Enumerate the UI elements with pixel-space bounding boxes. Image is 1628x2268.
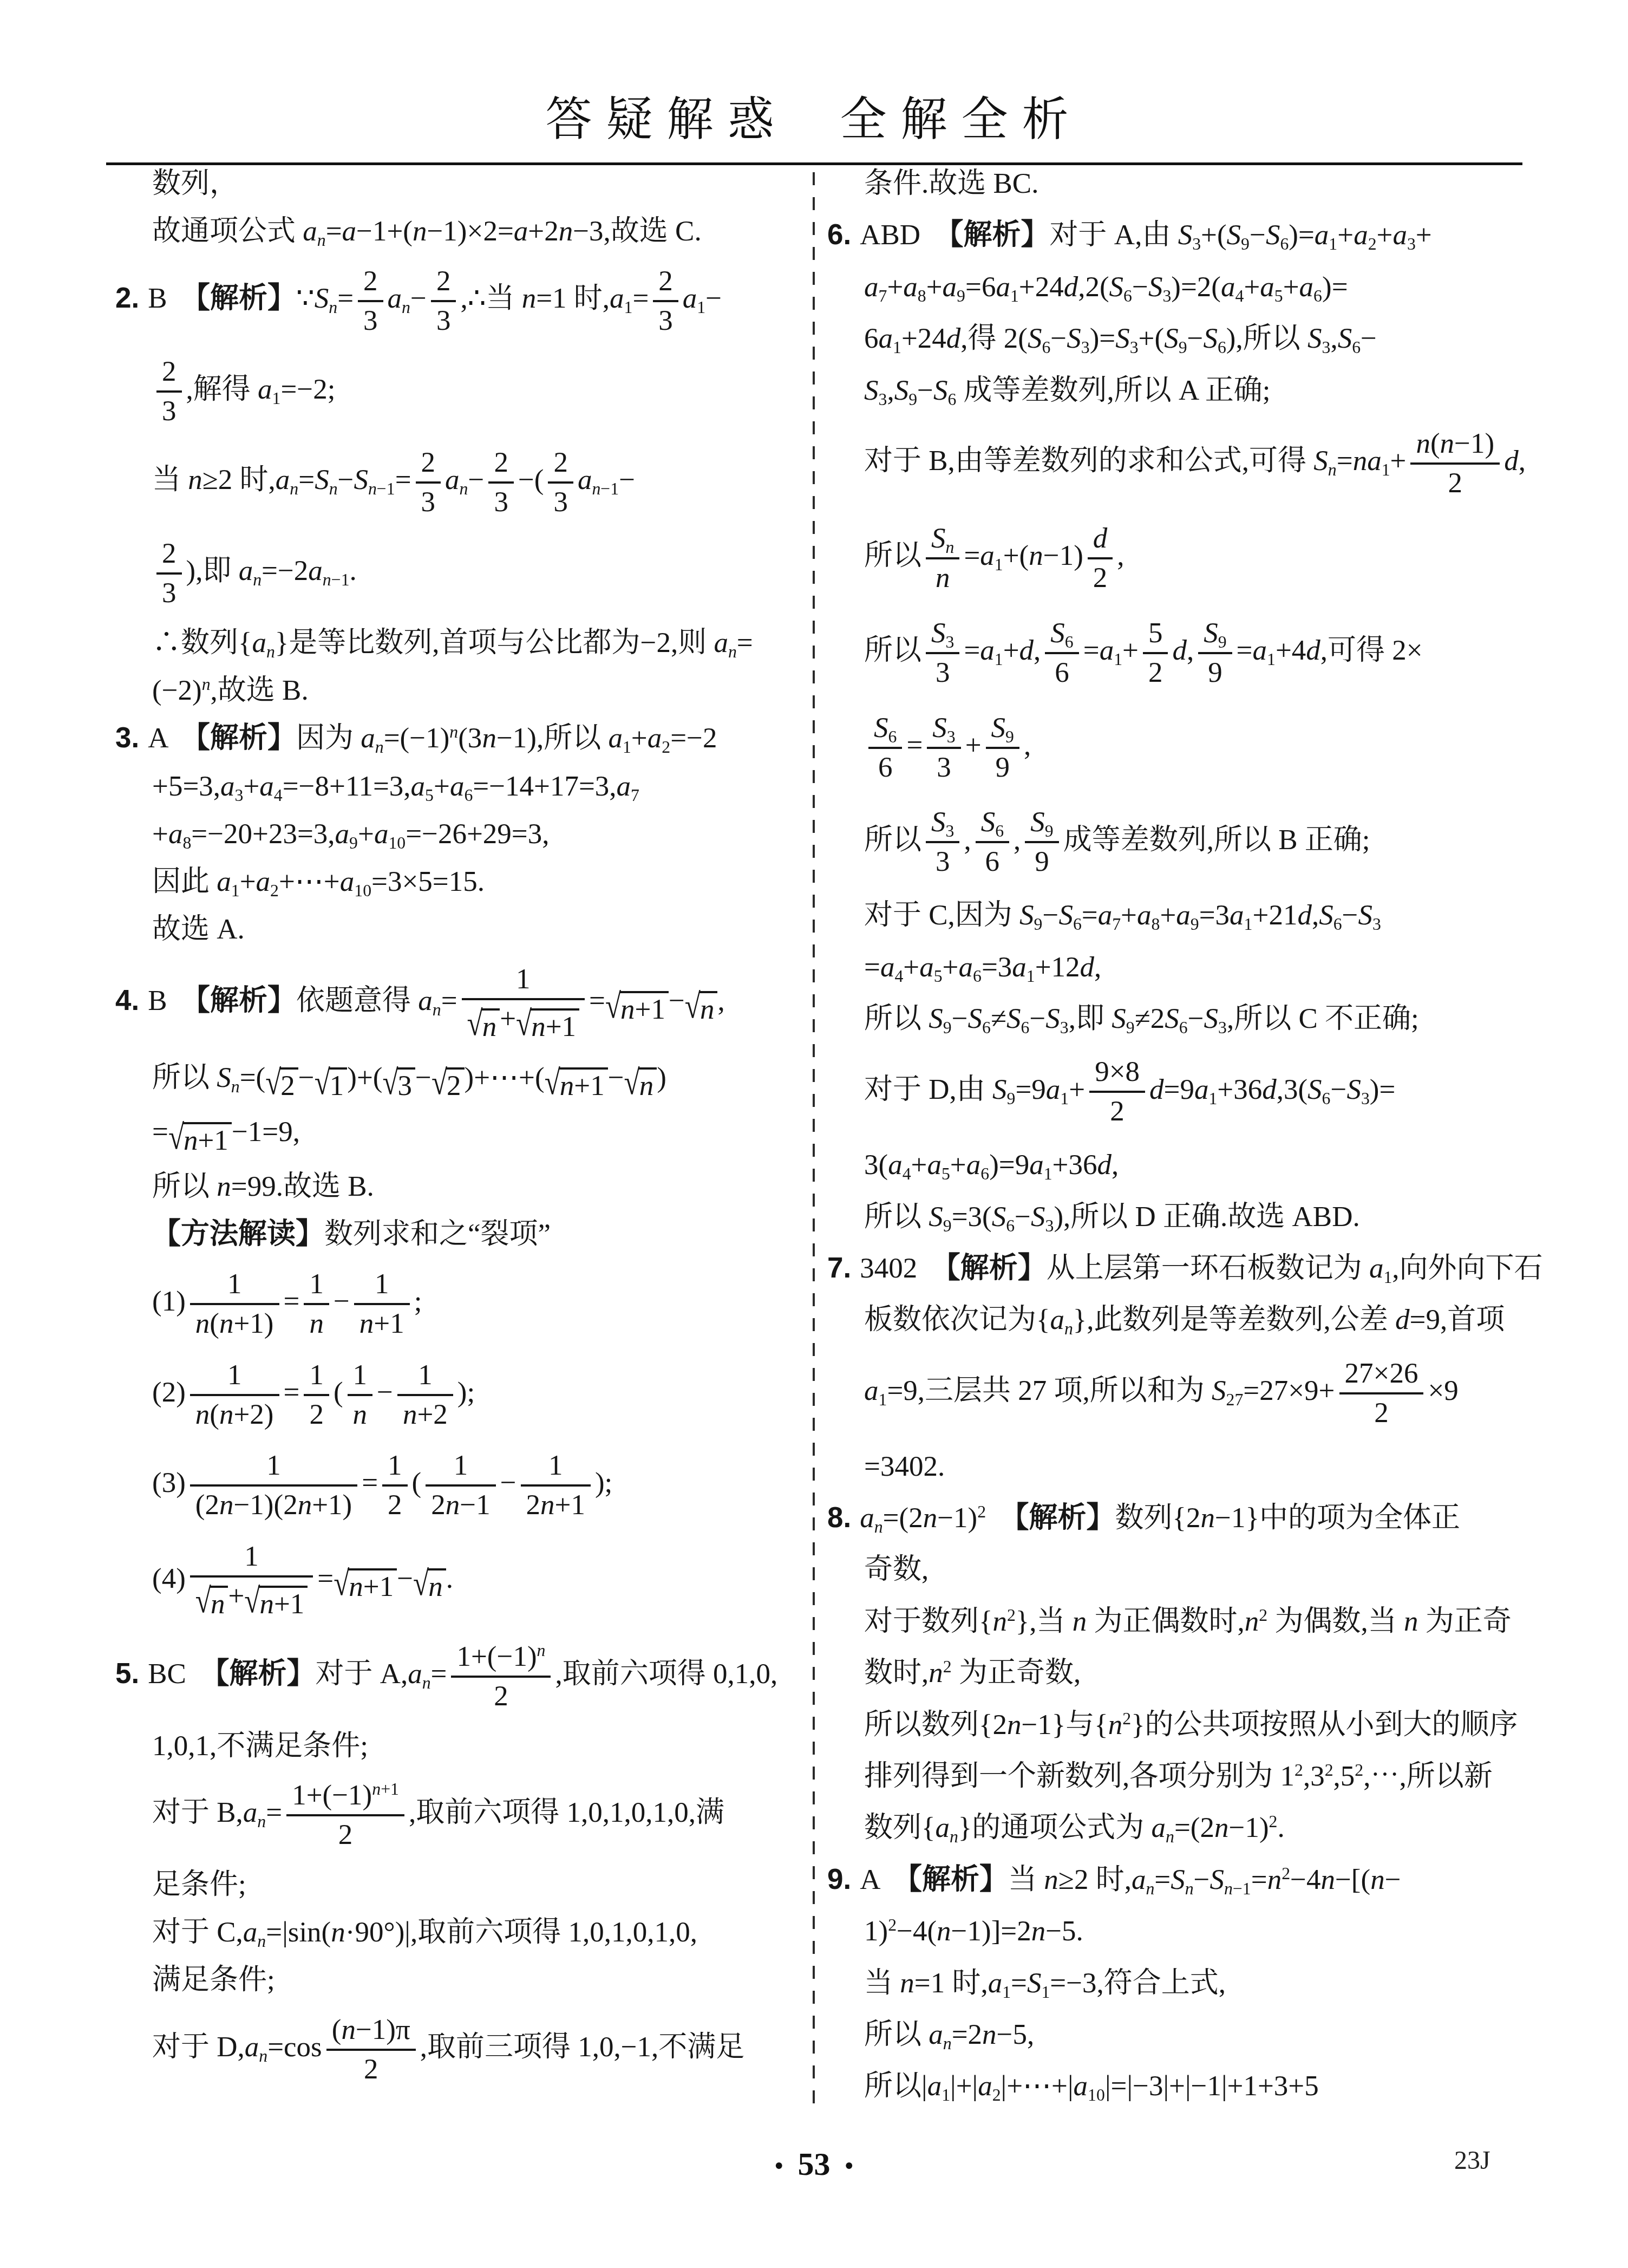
solution-line: =√n+1−1=9, [115, 1115, 795, 1156]
line-content: 足条件; [152, 1869, 246, 1900]
question-number: 8. [827, 1502, 851, 1534]
line-content: 数列{an}的通项公式为 an=(2n−1)2. [864, 1812, 1285, 1843]
line-content: 1)2−4(n−1)]=2n−5. [864, 1915, 1083, 1947]
line-content: 排列得到一个新数列,各项分别为 12,32,52,⋯,所以新 [864, 1761, 1493, 1792]
line-content: +a8=−20+23=3,a9+a10=−26+29=3, [152, 818, 550, 850]
line-content: 23),即 an=−2an−1. [152, 555, 357, 586]
line-content: ABD 【解析】对于 A,由 S3+(S9−S6)=a1+a2+a3+ [860, 219, 1432, 251]
solution-line: 3.A 【解析】因为 an=(−1)n(3n−1),所以 a1+a2=−2 [115, 721, 795, 755]
line-content: (−2)n,故选 B. [152, 675, 309, 706]
solution-line: 【方法解读】数列求和之“裂项” [115, 1217, 795, 1252]
solution-line: (3)1(2n−1)(2n+1)=12(12n−1−12n+1); [115, 1447, 795, 1524]
line-content: 奇数, [864, 1554, 929, 1585]
solution-line: 数时,n2 为正奇数, [827, 1656, 1524, 1690]
solution-line: 1)2−4(n−1)]=2n−5. [827, 1914, 1524, 1948]
solution-line: a7+a8+a9=6a1+24d,2(S6−S3)=2(a4+a5+a6)= [827, 270, 1524, 304]
line-content: 3402 【解析】从上层第一环石板数记为 a1,向外向下石 [860, 1253, 1542, 1284]
line-content: 数列， [152, 168, 238, 199]
solution-line: +5=3,a3+a4=−8+11=3,a5+a6=−14+17=3,a7 [115, 770, 795, 804]
line-content: =a4+a5+a6=3a1+12d, [864, 951, 1101, 983]
line-content: (3)1(2n−1)(2n+1)=12(12n−1−12n+1); [152, 1467, 612, 1498]
question-number: 6. [827, 219, 851, 251]
line-content: =3402. [864, 1451, 945, 1482]
edition-code: 23J [1454, 2146, 1490, 2175]
solution-line: (2)1n(n+2)=12(1n−1n+2); [115, 1357, 795, 1433]
solution-line: 所以数列{2n−1}与{n2}的公共项按照从小到大的顺序 [827, 1708, 1524, 1742]
line-content: ∴数列{an}是等比数列,首项与公比都为−2,则 an= [152, 627, 753, 659]
question-number: 4. [115, 985, 139, 1016]
page-number-value: 53 [784, 2146, 845, 2182]
solution-line: 所以 n=99.故选 B. [115, 1170, 795, 1204]
solution-line: 满足条件; [115, 1963, 795, 1997]
line-content: 故选 A. [152, 914, 245, 945]
right-column: 条件.故选 BC.6.ABD 【解析】对于 A,由 S3+(S9−S6)=a1+… [827, 167, 1524, 2103]
solution-line: 所以 Sn=(√2−√1)+(√3−√2)+⋯+(√n+1−√n) [115, 1061, 795, 1102]
solution-line: 奇数, [827, 1553, 1524, 1587]
line-content: 所以 Sn=(√2−√1)+(√3−√2)+⋯+(√n+1−√n) [152, 1062, 666, 1093]
line-content: 所以 S9−S6≠S6−S3,即 S9≠2S6−S3,所以 C 不正确; [864, 1003, 1419, 1034]
line-content: 数时,n2 为正奇数, [864, 1657, 1081, 1689]
line-content: 板数依次记为{an},此数列是等差数列,公差 d=9,首项 [864, 1304, 1505, 1335]
solution-line: S66=S33+S99, [827, 709, 1524, 786]
solution-line: 所以S33=a1+d,S66=a1+52d,S99=a1+4d,可得 2× [827, 615, 1524, 692]
solution-line: a1=9,三层共 27 项,所以和为 S27=27×9+27×262×9 [827, 1355, 1524, 1432]
line-content: S66=S33+S99, [864, 729, 1031, 761]
page-number-dot-left: • [774, 2150, 784, 2181]
solution-line: 3(a4+a5+a6)=9a1+36d, [827, 1148, 1524, 1182]
line-content: 故通项公式 an=a−1+(n−1)×2=a+2n−3,故选 C. [152, 216, 702, 247]
line-content: (1)1n(n+1)=1n−1n+1; [152, 1286, 422, 1317]
line-content: 对于 D,由 S9=9a1+9×82d=9a1+36d,3(S6−S3)= [864, 1074, 1395, 1105]
solution-line: 对于 D,由 S9=9a1+9×82d=9a1+36d,3(S6−S3)= [827, 1053, 1524, 1130]
solution-line: ∴数列{an}是等比数列,首项与公比都为−2,则 an= [115, 626, 795, 660]
solution-line: 所以 an=2n−5, [827, 2018, 1524, 2052]
solution-line: 4.B 【解析】依题意得 an=1√n+√n+1=√n+1−√n, [115, 961, 795, 1047]
solution-line: 因此 a1+a2+⋯+a10=3×5=15. [115, 865, 795, 899]
solution-line: 所以S33,S66,S99成等差数列,所以 B 正确; [827, 804, 1524, 881]
line-content: A 【解析】因为 an=(−1)n(3n−1),所以 a1+a2=−2 [148, 722, 717, 754]
line-content: 对于 D,an=cos(n−1)π2,取前三项得 1,0,−1,不满足 [152, 2031, 744, 2063]
line-content: (2)1n(n+2)=12(1n−1n+2); [152, 1377, 475, 1408]
solution-line: (4)1√n+√n+1=√n+1−√n. [115, 1538, 795, 1624]
line-content: 3(a4+a5+a6)=9a1+36d, [864, 1149, 1119, 1181]
line-content: 所以 n=99.故选 B. [152, 1171, 374, 1202]
solution-line: 1,0,1,不满足条件; [115, 1729, 795, 1763]
line-content: 对于 C,因为 S9−S6=a7+a8+a9=3a1+21d,S6−S3 [864, 900, 1381, 931]
line-content: S3,S9−S6 成等差数列,所以 A 正确; [864, 375, 1270, 406]
left-column: 数列，故通项公式 an=a−1+(n−1)×2=a+2n−3,故选 C.2.B … [115, 167, 795, 2088]
solution-line: 对于 B,an=1+(−1)n+12,取前六项得 1,0,1,0,1,0,满 [115, 1777, 795, 1854]
question-number: 5. [115, 1658, 139, 1690]
solution-line: 对于 B,由等差数列的求和公式,可得 Sn=na1+n(n−1)2d, [827, 425, 1524, 502]
solution-line: 所以|a1|+|a2|+⋯+|a10|=|−3|+|−1|+1+3+5 [827, 2069, 1524, 2103]
line-content: 所以 an=2n−5, [864, 2019, 1034, 2050]
answer-key-page: 答疑解惑全解全析 数列，故通项公式 an=a−1+(n−1)×2=a+2n−3,… [0, 0, 1628, 2268]
line-content: =√n+1−1=9, [152, 1116, 300, 1148]
solution-line: +a8=−20+23=3,a9+a10=−26+29=3, [115, 817, 795, 851]
line-content: 所以 S9=3(S6−S3),所以 D 正确.故选 ABD. [864, 1201, 1360, 1233]
line-content: 条件.故选 BC. [864, 168, 1038, 199]
line-content: 对于数列{n2},当 n 为正偶数时,n2 为偶数,当 n 为正奇 [864, 1606, 1512, 1637]
solution-line: 对于 D,an=cos(n−1)π2,取前三项得 1,0,−1,不满足 [115, 2011, 795, 2088]
line-content: 当 n≥2 时,an=Sn−Sn−1=23an−23−(23an−1− [152, 464, 635, 496]
solution-line: 对于数列{n2},当 n 为正偶数时,n2 为偶数,当 n 为正奇 [827, 1605, 1524, 1639]
solution-line: 23),即 an=−2an−1. [115, 535, 795, 612]
solution-line: 数列{an}的通项公式为 an=(2n−1)2. [827, 1811, 1524, 1845]
column-divider [813, 172, 815, 2107]
question-number: 2. [115, 282, 139, 314]
header-title-right: 全解全析 [840, 94, 1083, 146]
line-content: 对于 C,an=|sin(n·90°)|,取前六项得 1,0,1,0,1,0, [152, 1917, 697, 1948]
line-content: a7+a8+a9=6a1+24d,2(S6−S3)=2(a4+a5+a6)= [864, 271, 1348, 303]
page-header-title: 答疑解惑全解全析 [0, 96, 1628, 143]
solution-line: 7.3402 【解析】从上层第一环石板数记为 a1,向外向下石 [827, 1252, 1524, 1286]
line-content: 对于 B,an=1+(−1)n+12,取前六项得 1,0,1,0,1,0,满 [152, 1797, 724, 1828]
solution-line: =3402. [827, 1450, 1524, 1484]
line-content: 对于 B,由等差数列的求和公式,可得 Sn=na1+n(n−1)2d, [864, 445, 1526, 477]
solution-line: 当 n=1 时,a1=S1=−3,符合上式, [827, 1966, 1524, 2000]
line-content: 【方法解读】数列求和之“裂项” [152, 1218, 551, 1250]
line-content: an=(2n−1)2 【解析】数列{2n−1}中的项为全体正 [860, 1502, 1460, 1534]
solution-line: 6a1+24d,得 2(S6−S3)=S3+(S9−S6),所以 S3,S6− [827, 322, 1524, 356]
question-number: 3. [115, 722, 139, 754]
solution-line: 9.A 【解析】当 n≥2 时,an=Sn−Sn−1=n2−4n−[(n− [827, 1863, 1524, 1897]
solution-line: 所以 S9−S6≠S6−S3,即 S9≠2S6−S3,所以 C 不正确; [827, 1002, 1524, 1036]
solution-line: 故通项公式 an=a−1+(n−1)×2=a+2n−3,故选 C. [115, 214, 795, 249]
line-content: (4)1√n+√n+1=√n+1−√n. [152, 1563, 453, 1594]
line-content: 因此 a1+a2+⋯+a10=3×5=15. [152, 866, 485, 897]
line-content: 1,0,1,不满足条件; [152, 1730, 368, 1762]
line-content: 所以S33,S66,S99成等差数列,所以 B 正确; [864, 824, 1370, 856]
solution-line: (−2)n,故选 B. [115, 674, 795, 708]
line-content: 所以Snn=a1+(n−1)d2, [864, 540, 1124, 571]
line-content: +5=3,a3+a4=−8+11=3,a5+a6=−14+17=3,a7 [152, 771, 639, 802]
line-content: 所以S33=a1+d,S66=a1+52d,S99=a1+4d,可得 2× [864, 635, 1423, 666]
solution-line: (1)1n(n+1)=1n−1n+1; [115, 1266, 795, 1342]
solution-line: 对于 C,an=|sin(n·90°)|,取前六项得 1,0,1,0,1,0, [115, 1915, 795, 1950]
line-content: B 【解析】依题意得 an=1√n+√n+1=√n+1−√n, [148, 985, 724, 1016]
line-content: A 【解析】当 n≥2 时,an=Sn−Sn−1=n2−4n−[(n− [860, 1864, 1401, 1895]
solution-line: 2.B 【解析】∵Sn=23an−23,∴当 n=1 时,a1=23a1− [115, 263, 795, 340]
solution-line: 6.ABD 【解析】对于 A,由 S3+(S9−S6)=a1+a2+a3+ [827, 218, 1524, 252]
solution-line: 条件.故选 BC. [827, 167, 1524, 201]
header-title-left: 答疑解惑 [546, 94, 788, 146]
line-content: 6a1+24d,得 2(S6−S3)=S3+(S9−S6),所以 S3,S6− [864, 323, 1377, 354]
line-content: B 【解析】∵Sn=23an−23,∴当 n=1 时,a1=23a1− [148, 283, 722, 314]
solution-line: 所以Snn=a1+(n−1)d2, [827, 520, 1524, 597]
solution-line: S3,S9−S6 成等差数列,所以 A 正确; [827, 374, 1524, 408]
solution-line: 对于 C,因为 S9−S6=a7+a8+a9=3a1+21d,S6−S3 [827, 898, 1524, 933]
solution-line: 故选 A. [115, 913, 795, 947]
page-number: •53• [0, 2146, 1628, 2183]
solution-line: =a4+a5+a6=3a1+12d, [827, 950, 1524, 985]
solution-line: 板数依次记为{an},此数列是等差数列,公差 d=9,首项 [827, 1303, 1524, 1337]
line-content: 所以|a1|+|a2|+⋯+|a10|=|−3|+|−1|+1+3+5 [864, 2070, 1319, 2102]
solution-line: 排列得到一个新数列,各项分别为 12,32,52,⋯,所以新 [827, 1759, 1524, 1794]
solution-line: 足条件; [115, 1868, 795, 1902]
solution-line: 数列， [115, 167, 795, 201]
line-content: 所以数列{2n−1}与{n2}的公共项按照从小到大的顺序 [864, 1709, 1518, 1741]
line-content: BC 【解析】对于 A,an=1+(−1)n2,取前六项得 0,1,0, [148, 1658, 777, 1690]
line-content: 23,解得 a1=−2; [152, 374, 335, 405]
line-content: a1=9,三层共 27 项,所以和为 S27=27×9+27×262×9 [864, 1375, 1459, 1406]
solution-line: 23,解得 a1=−2; [115, 353, 795, 430]
question-number: 9. [827, 1863, 851, 1895]
line-content: 满足条件; [152, 1964, 275, 1996]
solution-line: 5.BC 【解析】对于 A,an=1+(−1)n2,取前六项得 0,1,0, [115, 1638, 795, 1715]
question-number: 7. [827, 1252, 851, 1284]
page-number-dot-right: • [845, 2150, 854, 2181]
solution-line: 所以 S9=3(S6−S3),所以 D 正确.故选 ABD. [827, 1200, 1524, 1234]
line-content: 当 n=1 时,a1=S1=−3,符合上式, [864, 1967, 1226, 1999]
header-rule [106, 162, 1522, 165]
solution-line: 当 n≥2 时,an=Sn−Sn−1=23an−23−(23an−1− [115, 444, 795, 521]
solution-line: 8.an=(2n−1)2 【解析】数列{2n−1}中的项为全体正 [827, 1501, 1524, 1535]
